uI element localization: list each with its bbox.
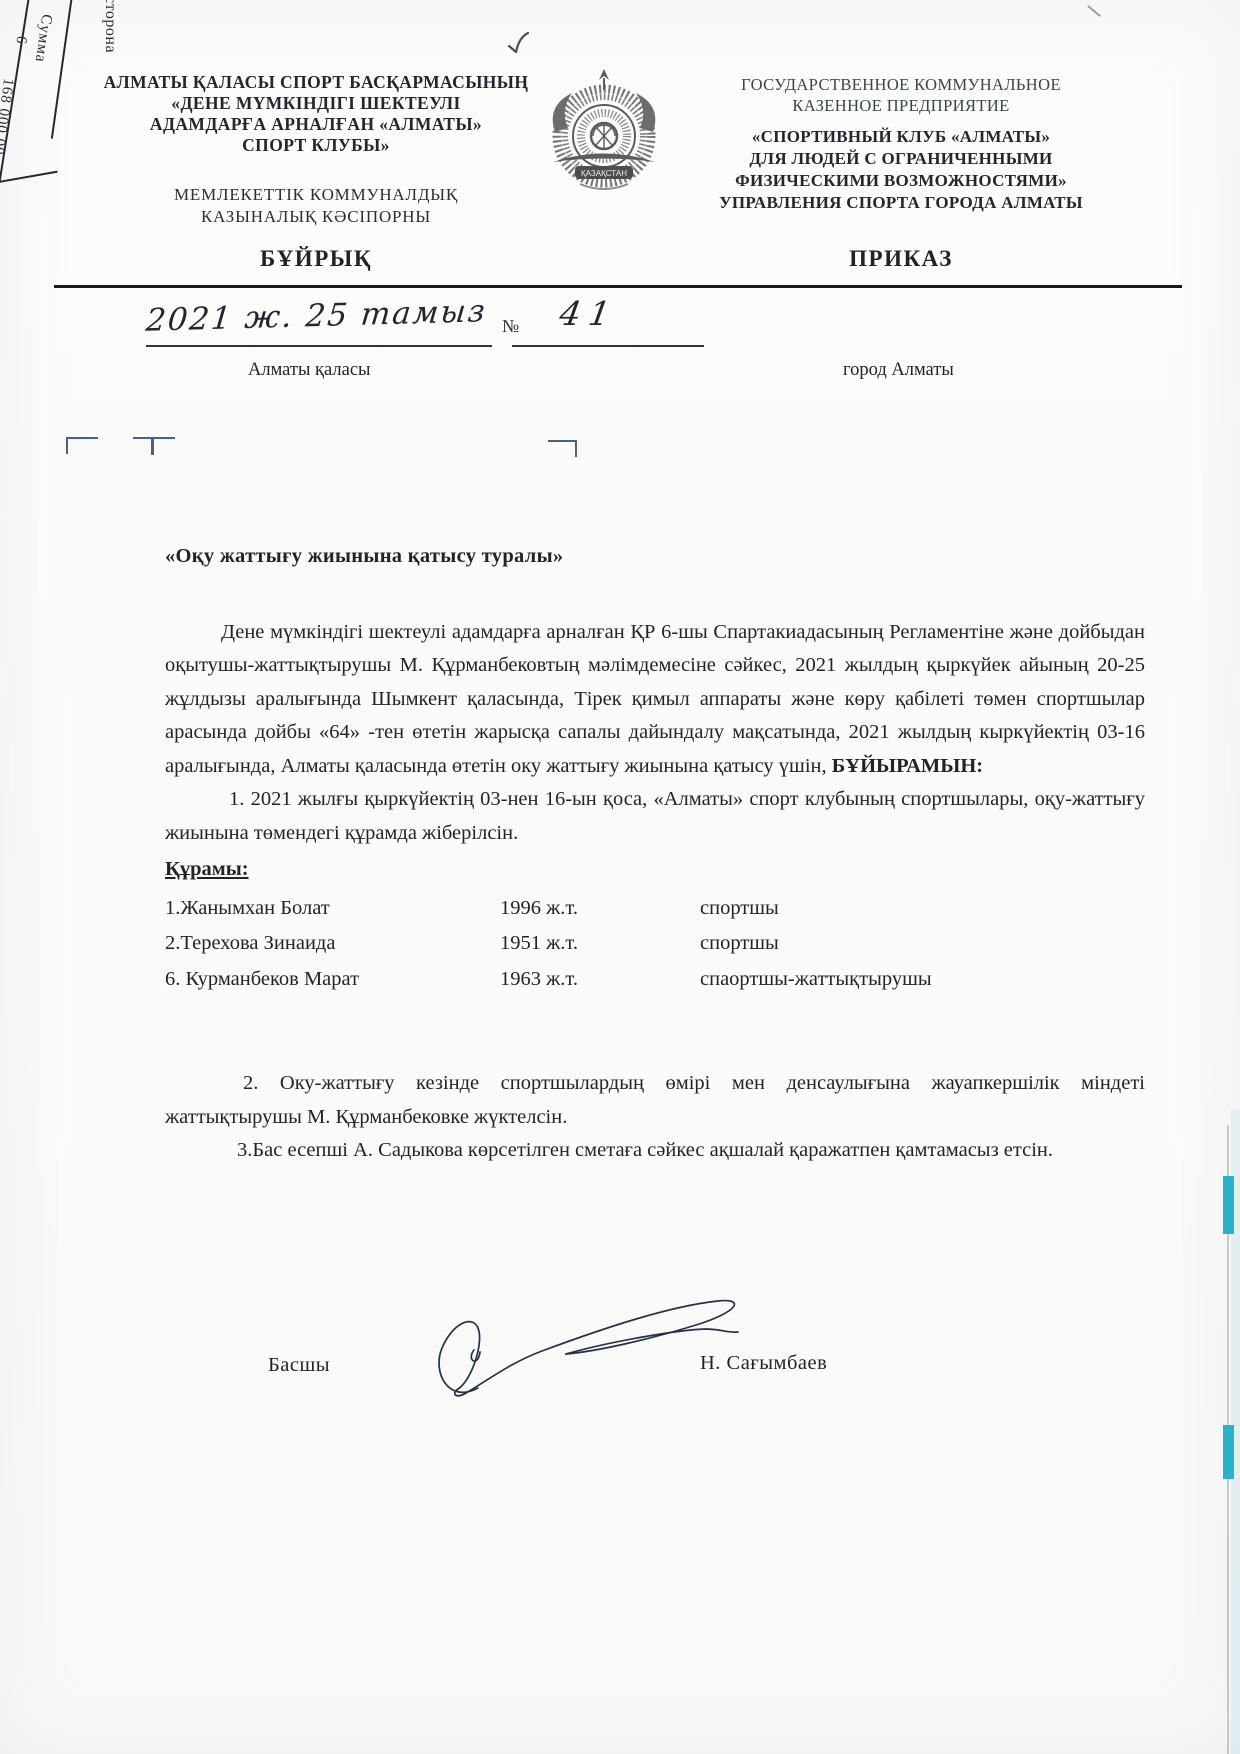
roster-year: 1963 ж.т. — [500, 963, 700, 997]
handwritten-date: 2021 ж. 25 тамыз — [144, 293, 488, 339]
org-name-russian-main: «СПОРТИВНЫЙ КЛУБ «АЛМАТЫ» ДЛЯ ЛЮДЕЙ С ОГ… — [690, 126, 1112, 214]
roster-role: спортшы — [700, 927, 1145, 961]
order-item-3: 3.Бас есепші А. Садыкова көрсетілген сме… — [165, 1134, 1145, 1168]
roster-row: 2.Терехова Зинаида 1951 ж.т. спортшы — [165, 926, 1145, 962]
roster-row: 6. Курманбеков Марат 1963 ж.т. спаортшы-… — [165, 962, 1145, 998]
order-item-1: 1. 2021 жылғы қыркүйектің 03-нен 16-ын қ… — [165, 783, 1145, 850]
crop-mark-tee-stem — [151, 437, 154, 455]
roster-year: 1996 ж.т. — [500, 892, 700, 926]
emblem-banner-label: ҚАЗАҚСТАН — [581, 169, 627, 178]
slip-line-bottom — [0, 171, 58, 184]
order-paragraph-1: Дене мүмкіндігі шектеулі адамдарға арнал… — [165, 616, 1145, 784]
roster-heading: Құрамы: — [165, 853, 1145, 887]
roster-role: спортшы — [700, 892, 1145, 926]
org-subtitle-kazakh: МЕМЛЕКЕТТІК КОММУНАЛДЫҚ КАЗЫНАЛЫҚ КӘСІПО… — [100, 184, 532, 228]
crop-mark-right — [548, 440, 577, 457]
crop-mark-left — [66, 437, 98, 454]
org-name-russian-top: ГОСУДАРСТВЕННОЕ КОММУНАЛЬНОЕ КАЗЕННОЕ ПР… — [690, 74, 1112, 116]
order-clause-word: БҰЙЫРАМЫН: — [832, 755, 983, 777]
pen-tick-mark — [505, 30, 531, 56]
slip-side-label: сторона — [101, 0, 119, 53]
org-name-kazakh: АЛМАТЫ ҚАЛАСЫ СПОРТ БАСҚАРМАСЫНЫҢ «ДЕНЕ … — [100, 72, 532, 156]
subject-title: «Оқу жаттығу жиынына қатысу туралы» — [165, 540, 1145, 574]
crop-mark-tee — [133, 437, 175, 439]
signature-stroke — [408, 1288, 768, 1408]
date-underline — [146, 345, 492, 347]
place-russian: город Алматы — [843, 360, 954, 381]
scanned-order-document: Сумма 6 168 000,00 сторона АЛМАТЫ ҚАЛАСЫ… — [0, 0, 1240, 1754]
number-underline — [512, 345, 704, 347]
order-item-2: 2. Оку-жаттығу кезінде спортшылардың өмі… — [165, 1067, 1145, 1134]
doc-type-kazakh: БҰЙРЫҚ — [100, 246, 532, 272]
slip-row-number: 6 — [12, 35, 30, 45]
scan-smudge — [1087, 5, 1101, 17]
roster-row: 1.Жанымхан Болат 1996 ж.т. спортшы — [165, 891, 1145, 927]
place-kazakh: Алматы қаласы — [248, 360, 371, 381]
roster-name: 6. Курманбеков Марат — [165, 963, 500, 997]
roster-year: 1951 ж.т. — [500, 927, 700, 961]
doc-type-russian: ПРИКАЗ — [690, 246, 1112, 272]
roster-table: 1.Жанымхан Болат 1996 ж.т. спортшы 2.Тер… — [165, 891, 1145, 998]
roster-role: спаортшы-жаттықтырушы — [700, 963, 1145, 997]
roster-name: 1.Жанымхан Болат — [165, 892, 500, 926]
number-sign: № — [502, 316, 519, 337]
slip-sum-label: Сумма — [31, 13, 56, 64]
kazakhstan-emblem: ҚАЗАҚСТАН — [540, 66, 668, 210]
cyan-sticker-bottom — [1223, 1425, 1234, 1479]
cyan-sticker-top — [1223, 1176, 1234, 1234]
slip-sum-value: 168 000,00 — [0, 77, 16, 156]
handwritten-order-number: 41 — [557, 294, 621, 333]
signatory-name: Н. Сағымбаев — [700, 1352, 827, 1375]
header-rule — [54, 285, 1182, 288]
signature-title-label: Басшы — [268, 1354, 330, 1377]
roster-name: 2.Терехова Зинаида — [165, 927, 500, 961]
order-paragraph-1-text: Дене мүмкіндігі шектеулі адамдарға арнал… — [165, 621, 1145, 777]
order-body: «Оқу жаттығу жиынына қатысу туралы» Дене… — [165, 540, 1145, 1168]
